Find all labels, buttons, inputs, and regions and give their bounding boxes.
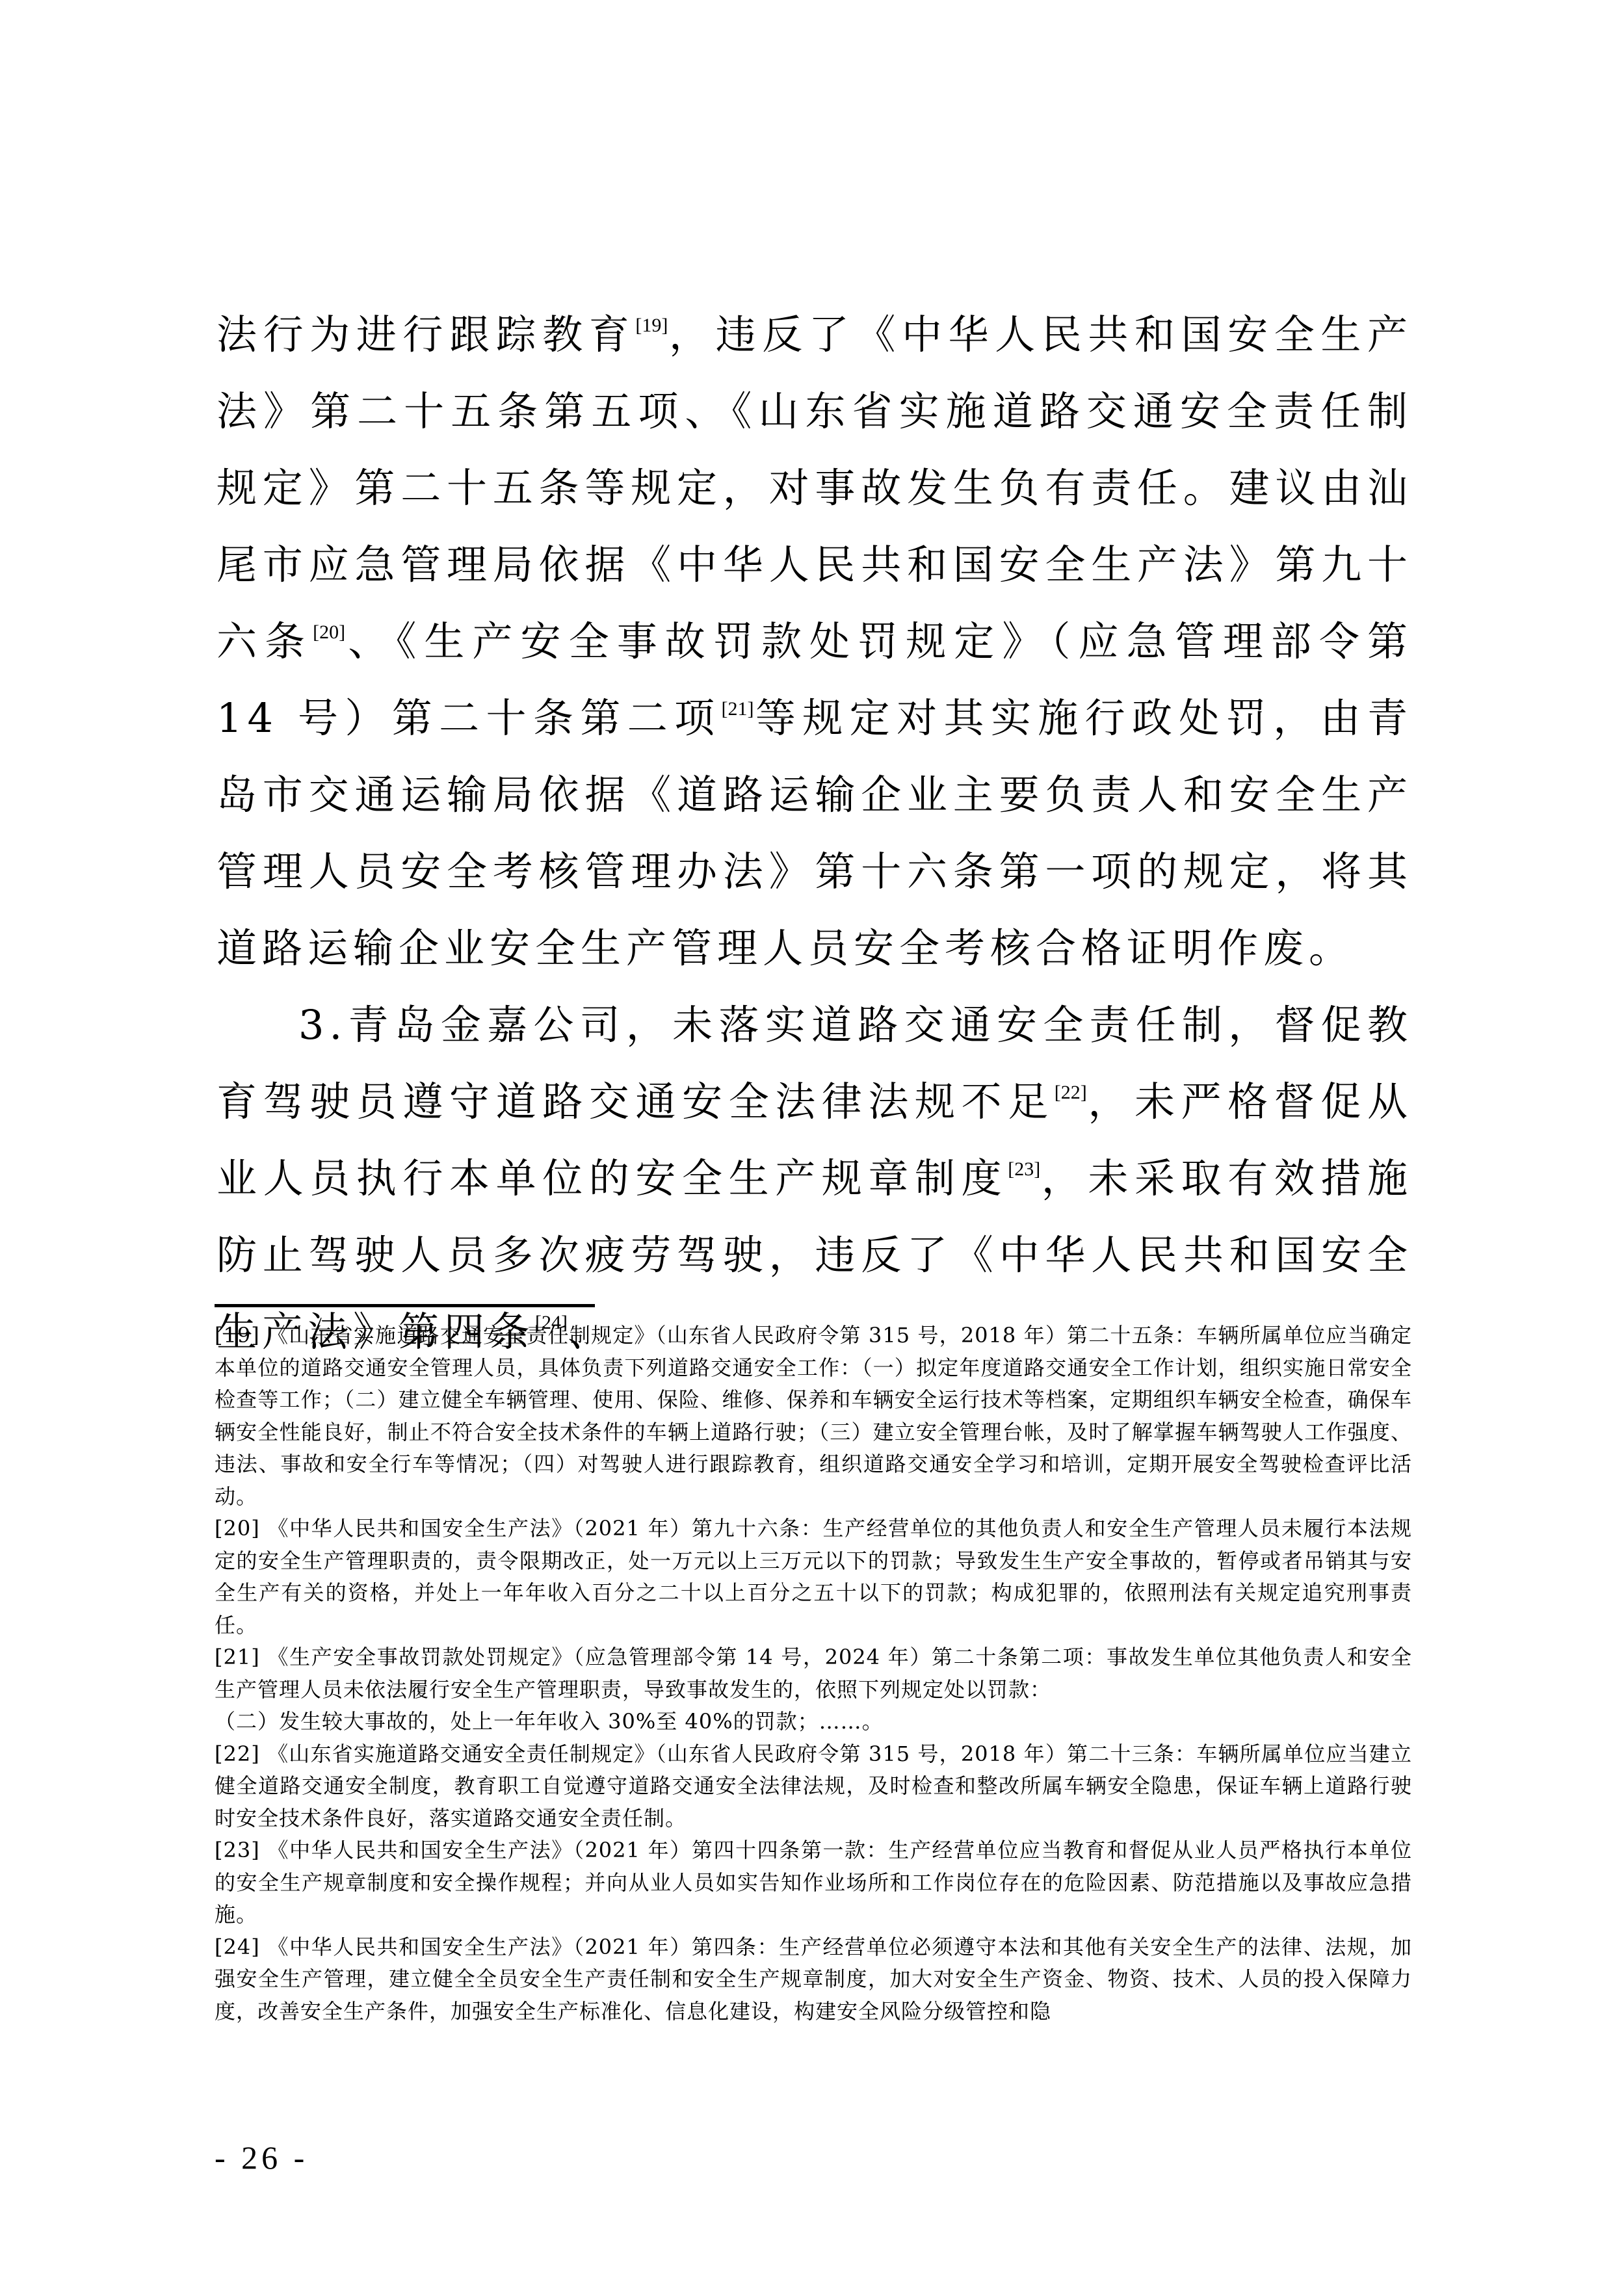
footnote-text: 《山东省实施道路交通安全责任制规定》（山东省人民政府令第 315 号，2018 … <box>215 1742 1412 1831</box>
footnote-id: [21] <box>215 1645 260 1669</box>
footnote-20: [20] 《中华人民共和国安全生产法》（2021 年）第九十六条：生产经营单位的… <box>215 1513 1412 1641</box>
footnote-ref-21[interactable]: [21] <box>722 698 754 720</box>
footnote-ref-19[interactable]: [19] <box>635 315 668 336</box>
footnote-separator <box>215 1304 595 1307</box>
footnote-ref-23[interactable]: [23] <box>1008 1158 1040 1180</box>
body-text: 法行为进行跟踪教育[19]，违反了《中华人民共和国安全生产法》第二十五条第五项、… <box>216 296 1413 1370</box>
footnotes: [19] 《山东省实施道路交通安全责任制规定》（山东省人民政府令第 315 号，… <box>215 1320 1412 2028</box>
paragraph-2: 3.青岛金嘉公司，未落实道路交通安全责任制，督促教育驾驶员遵守道路交通安全法律法… <box>216 987 1413 1370</box>
footnote-text: 《中华人民共和国安全生产法》（2021 年）第四十四条第一款：生产经营单位应当教… <box>215 1838 1412 1927</box>
footnote-text: 《中华人民共和国安全生产法》（2021 年）第四条：生产经营单位必须遵守本法和其… <box>215 1935 1412 2024</box>
footnote-ref-20[interactable]: [20] <box>313 621 345 643</box>
footnote-text: 《生产安全事故罚款处罚规定》（应急管理部令第 14 号，2024 年）第二十条第… <box>215 1645 1412 1702</box>
footnote-21: [21] 《生产安全事故罚款处罚规定》（应急管理部令第 14 号，2024 年）… <box>215 1641 1412 1706</box>
footnote-id: [19] <box>215 1323 260 1348</box>
footnote-ref-22[interactable]: [22] <box>1055 1082 1087 1103</box>
footnote-id: [23] <box>215 1838 260 1862</box>
footnote-21-continuation: （二）发生较大事故的，处上一年年收入 30%至 40%的罚款；……。 <box>215 1706 1412 1738</box>
footnote-text: 《中华人民共和国安全生产法》（2021 年）第九十六条：生产经营单位的其他负责人… <box>215 1516 1412 1637</box>
footnote-24: [24] 《中华人民共和国安全生产法》（2021 年）第四条：生产经营单位必须遵… <box>215 1931 1412 2028</box>
paragraph-text: 法行为进行跟踪教育 <box>216 311 635 358</box>
footnote-19: [19] 《山东省实施道路交通安全责任制规定》（山东省人民政府令第 315 号，… <box>215 1320 1412 1513</box>
footnote-22: [22] 《山东省实施道路交通安全责任制规定》（山东省人民政府令第 315 号，… <box>215 1738 1412 1835</box>
page-number: - 26 - <box>215 2139 308 2176</box>
footnote-id: [22] <box>215 1742 260 1766</box>
document-page: 法行为进行跟踪教育[19]，违反了《中华人民共和国安全生产法》第二十五条第五项、… <box>0 0 1613 2296</box>
footnote-23: [23] 《中华人民共和国安全生产法》（2021 年）第四十四条第一款：生产经营… <box>215 1834 1412 1931</box>
paragraph-text: ，违反了《中华人民共和国安全生产法》第二十五条第五项、《山东省实施道路交通安全责… <box>216 311 1413 665</box>
footnote-id: [20] <box>215 1516 260 1541</box>
paragraph-1: 法行为进行跟踪教育[19]，违反了《中华人民共和国安全生产法》第二十五条第五项、… <box>216 296 1413 987</box>
footnote-text: 《山东省实施道路交通安全责任制规定》（山东省人民政府令第 315 号，2018 … <box>215 1323 1412 1509</box>
footnote-id: [24] <box>215 1935 260 1959</box>
footnote-text: （二）发生较大事故的，处上一年年收入 30%至 40%的罚款；……。 <box>215 1709 884 1734</box>
